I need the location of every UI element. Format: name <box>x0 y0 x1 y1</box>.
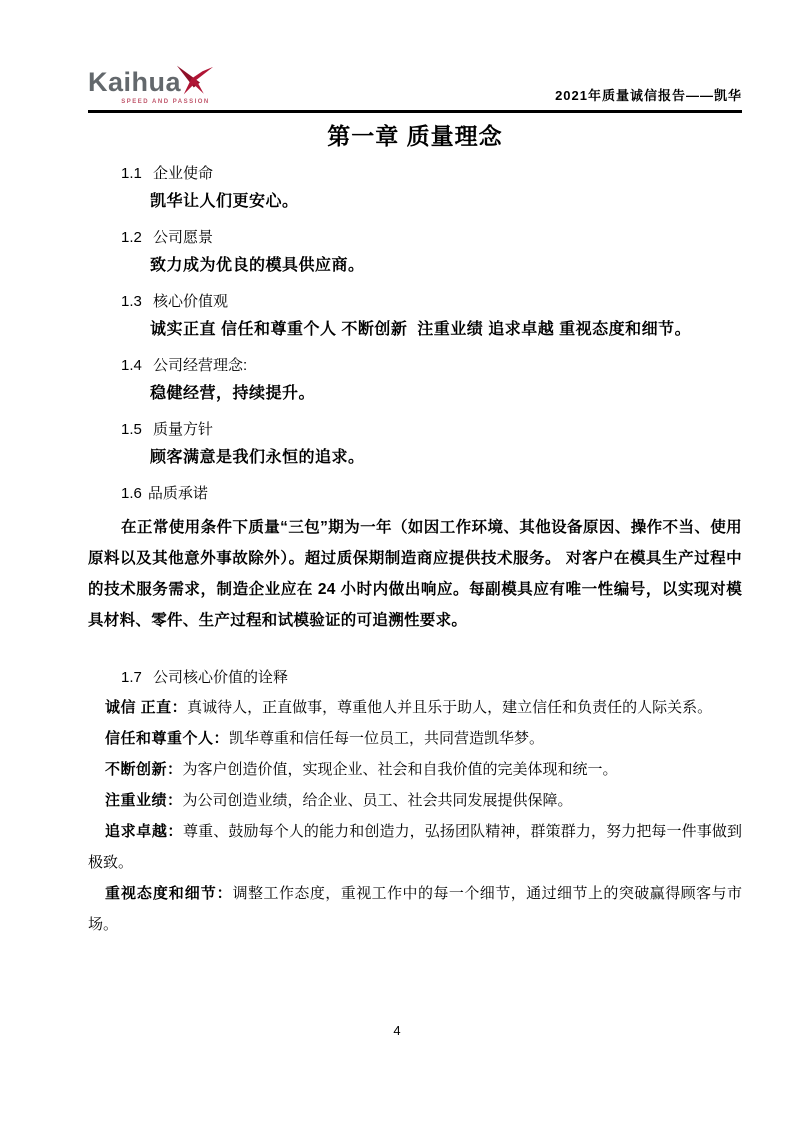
section-number: 1.5 <box>121 420 143 440</box>
section-1-4-content: 稳健经营，持续提升。 <box>150 384 742 404</box>
value-item-attitude-details: 重视态度和细节：调整工作态度，重视工作中的每一个细节，通过细节上的突破赢得顾客与… <box>88 878 742 940</box>
value-term: 追求卓越： <box>105 823 183 840</box>
logo-tagline: SPEED AND PASSION <box>88 99 215 105</box>
section-1-5-content: 顾客满意是我们永恒的追求。 <box>150 448 742 468</box>
logo-wordmark: Kaihua <box>88 69 181 96</box>
section-number: 1.4 <box>121 356 143 376</box>
logo-row: Kaihua <box>88 69 215 97</box>
value-item-trust-respect: 信任和尊重个人：凯华尊重和信任每一位员工，共同营造凯华梦。 <box>88 723 742 754</box>
section-1-2-heading: 1.2公司愿景 <box>121 228 742 248</box>
section-1-5-heading: 1.5质量方针 <box>121 420 742 440</box>
value-desc: 凯华尊重和信任每一位员工，共同营造凯华梦。 <box>229 730 544 747</box>
value-term: 重视态度和细节： <box>105 885 233 902</box>
section-number: 1.3 <box>121 292 143 312</box>
section-label: 公司经营理念: <box>153 357 247 374</box>
value-desc: 为客户创造价值，实现企业、社会和自我价值的完美体现和统一。 <box>183 761 618 778</box>
report-header-title: 2021年质量诚信报告——凯华 <box>555 85 742 105</box>
page-number: 4 <box>0 1023 794 1039</box>
value-term: 注重业绩： <box>105 792 183 809</box>
value-item-integrity: 诚信 正直：真诚待人，正直做事，尊重他人并且乐于助人，建立信任和负责任的人际关系… <box>88 692 742 723</box>
quality-promise-paragraph: 在正常使用条件下质量“三包”期为一年（如因工作环境、其他设备原因、操作不当、使用… <box>88 512 742 636</box>
value-desc: 为公司创造业绩，给企业、员工、社会共同发展提供保障。 <box>183 792 573 809</box>
chapter-title: 第一章 质量理念 <box>88 121 742 151</box>
section-number: 1.1 <box>121 164 143 184</box>
section-label: 品质承诺 <box>148 485 208 502</box>
section-1-7-heading: 1.7公司核心价值的诠释 <box>121 664 742 692</box>
section-1-3-heading: 1.3核心价值观 <box>121 292 742 312</box>
section-label: 公司核心价值的诠释 <box>153 669 288 686</box>
value-term: 诚信 正直： <box>105 699 187 716</box>
section-number: 1.6 <box>121 484 142 504</box>
kaihua-logo: Kaihua SPEED AND PASSION <box>88 69 215 105</box>
section-label: 企业使命 <box>153 165 213 182</box>
kaihua-bird-icon <box>175 63 215 97</box>
page-header: Kaihua SPEED AND PASSION 2021年质量诚信报告——凯华 <box>88 57 742 113</box>
section-1-6-heading: 1.6品质承诺 <box>121 484 742 504</box>
section-1-1-heading: 1.1企业使命 <box>121 164 742 184</box>
value-item-excellence: 追求卓越：尊重、鼓励每个人的能力和创造力，弘扬团队精神，群策群力，努力把每一件事… <box>88 816 742 878</box>
value-desc: 真诚待人，正直做事，尊重他人并且乐于助人，建立信任和负责任的人际关系。 <box>187 699 712 716</box>
section-label: 公司愿景 <box>153 229 213 246</box>
value-term: 不断创新： <box>105 761 183 778</box>
page-content: Kaihua SPEED AND PASSION 2021年质量诚信报告——凯华… <box>88 57 742 940</box>
document-page: Kaihua SPEED AND PASSION 2021年质量诚信报告——凯华… <box>0 0 794 1123</box>
section-number: 1.7 <box>121 664 143 692</box>
section-1-3-content: 诚实正直 信任和尊重个人 不断创新 注重业绩 追求卓越 重视态度和细节。 <box>150 320 742 340</box>
section-label: 质量方针 <box>153 421 213 438</box>
section-number: 1.2 <box>121 228 143 248</box>
value-item-innovation: 不断创新：为客户创造价值，实现企业、社会和自我价值的完美体现和统一。 <box>88 754 742 785</box>
value-item-performance: 注重业绩：为公司创造业绩，给企业、员工、社会共同发展提供保障。 <box>88 785 742 816</box>
section-label: 核心价值观 <box>153 293 228 310</box>
value-term: 信任和尊重个人： <box>105 730 229 747</box>
section-1-4-heading: 1.4公司经营理念: <box>121 356 742 376</box>
value-desc: 尊重、鼓励每个人的能力和创造力，弘扬团队精神，群策群力，努力把每一件事做到极致。 <box>88 823 742 871</box>
section-1-2-content: 致力成为优良的模具供应商。 <box>150 256 742 276</box>
section-1-1-content: 凯华让人们更安心。 <box>150 192 742 212</box>
